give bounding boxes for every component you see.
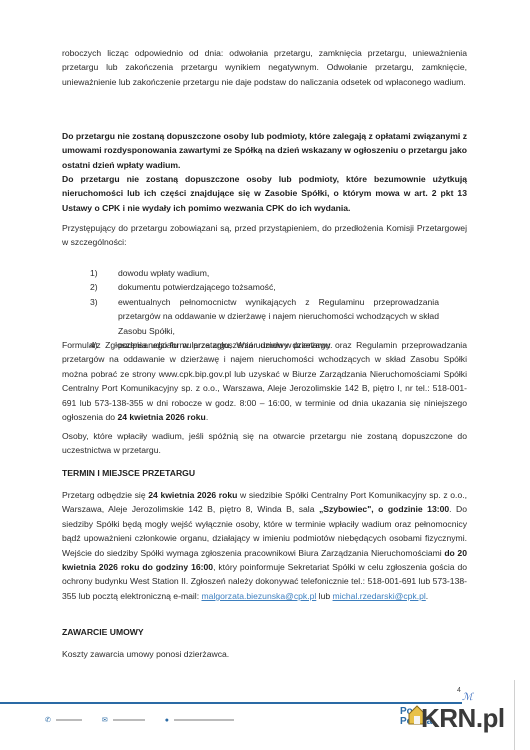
footer-email: ✉	[102, 716, 145, 724]
termin-text-5: lub	[316, 591, 332, 601]
requirements-intro-text: Przystępujący do przetargu zobowiązani s…	[62, 221, 467, 250]
forms-end: .	[206, 412, 208, 422]
footer-contacts: ✆ ✉ ●	[45, 716, 234, 724]
exclusion-text-1: Do przetargu nie zostaną dopuszczone oso…	[62, 129, 467, 172]
requirement-text: dowodu wpłaty wadium,	[118, 268, 209, 278]
termin-paragraph: Przetarg odbędzie się 24 kwietnia 2026 r…	[62, 488, 467, 603]
umowa-paragraph: Koszty zawarcia umowy ponosi dzierżawca.	[62, 647, 467, 661]
document-page: roboczych licząc odpowiednio od dnia: od…	[0, 0, 530, 750]
footer-address: ●	[165, 717, 234, 724]
requirement-item: 3)ewentualnych pełnomocnictw wynikającyc…	[90, 295, 439, 338]
intro-paragraph: roboczych licząc odpowiednio od dnia: od…	[62, 46, 467, 89]
requirement-item: 2)dokumentu potwierdzającego tożsamość,	[90, 280, 439, 294]
exclusion-paragraph-1: Do przetargu nie zostaną dopuszczone oso…	[62, 129, 467, 172]
requirement-text: dokumentu potwierdzającego tożsamość,	[118, 282, 276, 292]
requirement-number: 3)	[90, 295, 98, 309]
requirements-intro: Przystępujący do przetargu zobowiązani s…	[62, 221, 467, 250]
envelope-icon: ✉	[102, 716, 108, 724]
termin-text-6: .	[426, 591, 428, 601]
requirement-item: 1)dowodu wpłaty wadium,	[90, 266, 439, 280]
termin-text-1: Przetarg odbędzie się	[62, 490, 148, 500]
auction-room-time: „Szybowiec", o godzinie 13:00	[319, 504, 449, 514]
email-link-rzedarski[interactable]: michal.rzedarski@cpk.pl	[333, 591, 426, 601]
exclusion-paragraph-2: Do przetargu nie zostaną dopuszczone oso…	[62, 172, 467, 215]
page-edge	[514, 680, 515, 750]
footer-phone: ✆	[45, 716, 82, 724]
footer-divider	[0, 702, 462, 704]
requirement-text: ewentualnych pełnomocnictw wynikających …	[118, 297, 439, 336]
phone-icon: ✆	[45, 716, 51, 724]
auction-date: 24 kwietnia 2026 roku	[148, 490, 237, 500]
umowa-text: Koszty zawarcia umowy ponosi dzierżawca.	[62, 647, 467, 661]
signature-mark: ℳ	[462, 692, 473, 703]
email-link-biezunska[interactable]: malgorzata.biezunska@cpk.pl	[202, 591, 317, 601]
late-arrival-text: Osoby, które wpłaciły wadium, jeśli spóź…	[62, 429, 467, 458]
exclusion-text-2: Do przetargu nie zostaną dopuszczone oso…	[62, 172, 467, 215]
forms-deadline: 24 kwietnia 2026 roku	[117, 412, 205, 422]
forms-paragraph: Formularz Zgłoszenia udziału w przetargu…	[62, 338, 467, 424]
section-heading-umowa: ZAWARCIE UMOWY	[62, 625, 467, 639]
late-arrival-paragraph: Osoby, które wpłaciły wadium, jeśli spóź…	[62, 429, 467, 458]
map-pin-icon: ●	[165, 717, 169, 724]
forms-text: Formularz Zgłoszenia udziału w przetargu…	[62, 340, 467, 422]
intro-text: roboczych licząc odpowiednio od dnia: od…	[62, 46, 467, 89]
requirement-number: 2)	[90, 280, 98, 294]
section-heading-termin: TERMIN I MIEJSCE PRZETARGU	[62, 466, 467, 480]
requirement-number: 1)	[90, 266, 98, 280]
page-number: 4	[457, 687, 461, 694]
krn-watermark: KRN.pl	[421, 703, 505, 734]
